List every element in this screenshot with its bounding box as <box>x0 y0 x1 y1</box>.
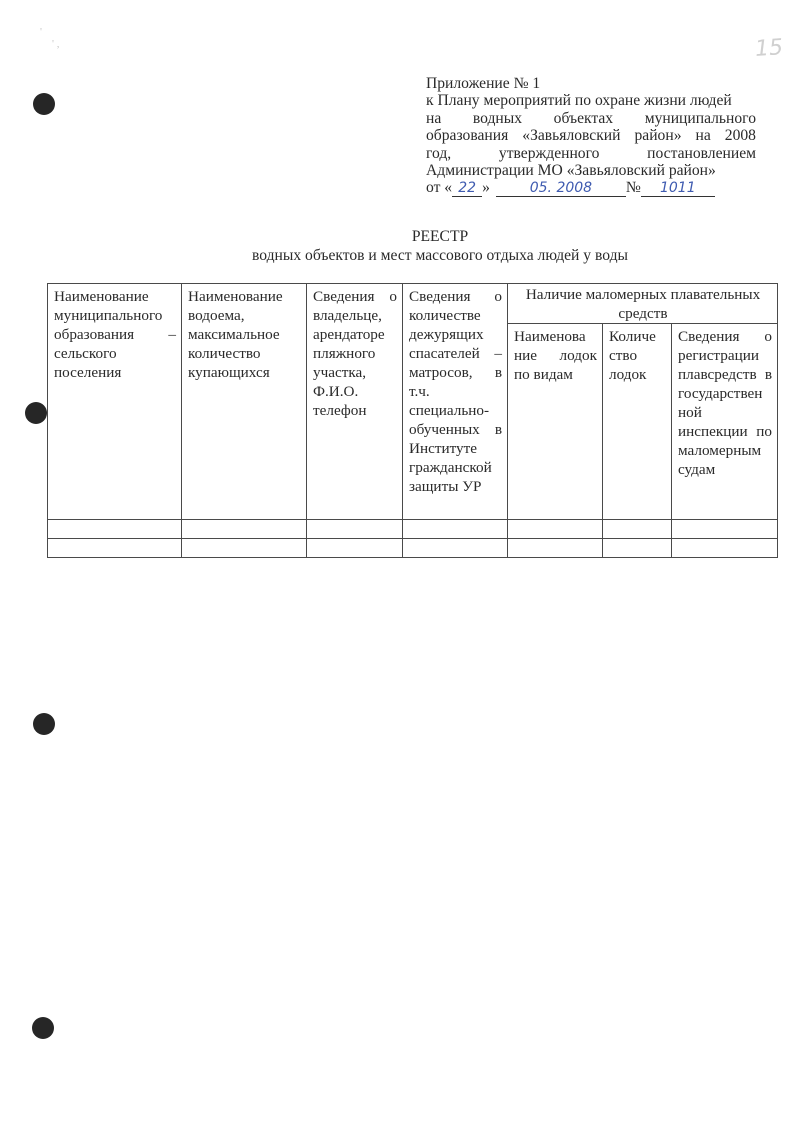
header-boat-count: Количе ство лодок <box>603 324 672 520</box>
header-boat-types: Наименова ние лодок по видам <box>508 324 603 520</box>
header-water-body: Наименование водоема, максимальное колич… <box>182 284 307 520</box>
table-cell[interactable] <box>672 539 778 558</box>
appendix-date-line: от « 22 » 05. 2008 № 1011 <box>426 179 756 196</box>
punch-hole-1 <box>33 93 55 115</box>
handwritten-day: 22 <box>452 181 482 197</box>
table-cell[interactable] <box>182 520 307 539</box>
appendix-line-1: к Плану мероприятий по охране жизни люде… <box>426 92 756 109</box>
scan-speck: ' <box>40 26 42 38</box>
header-owner: Сведения о владельце, арендаторе пляжног… <box>307 284 403 520</box>
table-cell[interactable] <box>48 520 182 539</box>
appendix-block: Приложение № 1 к Плану мероприятий по ох… <box>426 75 756 197</box>
punch-hole-3 <box>33 713 55 735</box>
table-cell[interactable] <box>48 539 182 558</box>
table-cell[interactable] <box>672 520 778 539</box>
appendix-line-5: Администрации МО «Завьяловский район» <box>426 162 756 179</box>
date-prefix: от « <box>426 179 452 196</box>
table-cell[interactable] <box>603 520 672 539</box>
scan-speck: ' , <box>52 38 59 50</box>
appendix-line-3: образования «Завьяловский район» на 2008 <box>426 127 756 144</box>
table-cell[interactable] <box>403 539 508 558</box>
header-small-vessels: Наличие маломерных плавательных средств <box>508 284 778 324</box>
table-cell[interactable] <box>508 520 603 539</box>
table-header-row: Наименование муниципального образования … <box>48 284 778 324</box>
table-cell[interactable] <box>508 539 603 558</box>
header-registration: Сведения о регистрации плавсредств в гос… <box>672 324 778 520</box>
table-cell[interactable] <box>182 539 307 558</box>
handwritten-month-year: 05. 2008 <box>496 181 626 197</box>
registry-table: Наименование муниципального образования … <box>47 283 778 558</box>
appendix-title: Приложение № 1 <box>426 75 756 92</box>
handwritten-number: 1011 <box>641 181 715 197</box>
date-quote-close: » <box>482 179 490 196</box>
table-cell[interactable] <box>307 520 403 539</box>
appendix-line-2: на водных объектах муниципального <box>426 110 756 127</box>
table-row <box>48 520 778 539</box>
document-title: РЕЕСТР <box>0 228 800 246</box>
punch-hole-2 <box>25 402 47 424</box>
page-number-mark: 15 <box>754 35 784 62</box>
document-subtitle: водных объектов и мест массового отдыха … <box>0 247 800 265</box>
table-cell[interactable] <box>403 520 508 539</box>
table-cell[interactable] <box>307 539 403 558</box>
header-rescuers: Сведения о количестве дежурящих спасател… <box>403 284 508 520</box>
appendix-line-4: год, утвержденного постановлением <box>426 145 756 162</box>
number-label: № <box>626 179 641 196</box>
table-cell[interactable] <box>603 539 672 558</box>
header-municipality: Наименование муниципального образования … <box>48 284 182 520</box>
punch-hole-4 <box>32 1017 54 1039</box>
table-row <box>48 539 778 558</box>
